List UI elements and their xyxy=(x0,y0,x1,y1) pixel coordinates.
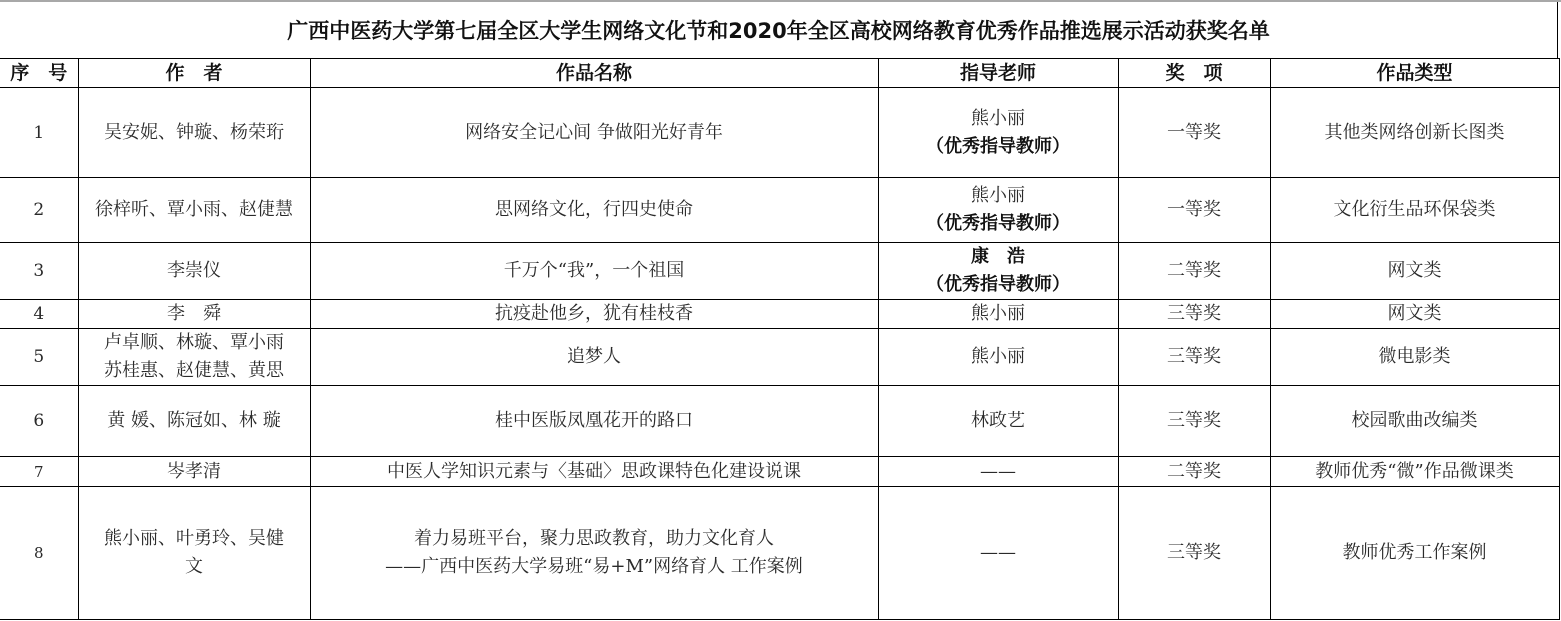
table-row: 7 岑孝清 中医人学知识元素与〈基础〉思政课特色化建设说课 —— 二等奖 教师优… xyxy=(0,457,1559,487)
document-title: 广西中医药大学第七届全区大学生网络文化节和2020年全区高校网络教育优秀作品推选… xyxy=(0,2,1558,58)
header-award: 奖 项 xyxy=(1118,59,1270,88)
row-work-type: 其他类网络创新长图类 xyxy=(1270,88,1559,178)
row-work-title: 抗疫赴他乡，犹有桂枝香 xyxy=(310,300,878,329)
row-award: 一等奖 xyxy=(1118,178,1270,243)
table-row: 3 李崇仪 千万个“我”，一个祖国 康 浩（优秀指导教师） 二等奖 网文类 xyxy=(0,243,1559,300)
row-work-type: 网文类 xyxy=(1270,243,1559,300)
row-award: 三等奖 xyxy=(1118,386,1270,457)
table-row: 6 黄 媛、陈冠如、林 璇 桂中医版凤凰花开的路口 林政艺 三等奖 校园歌曲改编… xyxy=(0,386,1559,457)
header-number: 序 号 xyxy=(0,59,78,88)
table-row: 8 熊小丽、叶勇玲、吴健文 着力易班平台，聚力思政教育，助力文化育人——广西中医… xyxy=(0,487,1559,620)
row-award: 三等奖 xyxy=(1118,329,1270,386)
row-award: 三等奖 xyxy=(1118,300,1270,329)
row-authors: 吴安妮、钟璇、杨荣珩 xyxy=(78,88,310,178)
row-authors: 李 舜 xyxy=(78,300,310,329)
row-advisor: 熊小丽（优秀指导教师） xyxy=(878,88,1118,178)
row-advisor: 熊小丽 xyxy=(878,329,1118,386)
row-authors: 李崇仪 xyxy=(78,243,310,300)
row-advisor: —— xyxy=(878,487,1118,620)
table-row: 5 卢卓顺、林璇、覃小雨苏桂惠、赵倢慧、黄思 追梦人 熊小丽 三等奖 微电影类 xyxy=(0,329,1559,386)
row-number: 8 xyxy=(0,487,78,620)
table-header-row: 序 号 作 者 作品名称 指导老师 奖 项 作品类型 xyxy=(0,59,1559,88)
row-work-title: 思网络文化，行四史使命 xyxy=(310,178,878,243)
table-row: 1 吴安妮、钟璇、杨荣珩 网络安全记心间 争做阳光好青年 熊小丽（优秀指导教师）… xyxy=(0,88,1559,178)
row-work-type: 文化衍生品环保袋类 xyxy=(1270,178,1559,243)
row-work-type: 教师优秀工作案例 xyxy=(1270,487,1559,620)
row-number: 1 xyxy=(0,88,78,178)
award-list-table: 序 号 作 者 作品名称 指导老师 奖 项 作品类型 1 吴安妮、钟璇、杨荣珩 … xyxy=(0,58,1560,620)
row-award: 三等奖 xyxy=(1118,487,1270,620)
advisor-honor-note: （优秀指导教师） xyxy=(879,210,1118,238)
row-work-type: 微电影类 xyxy=(1270,329,1559,386)
advisor-honor-note: （优秀指导教师） xyxy=(879,271,1118,299)
row-work-title: 中医人学知识元素与〈基础〉思政课特色化建设说课 xyxy=(310,457,878,487)
header-work-type: 作品类型 xyxy=(1270,59,1559,88)
row-advisor: —— xyxy=(878,457,1118,487)
row-authors: 徐梓听、覃小雨、赵倢慧 xyxy=(78,178,310,243)
row-award: 二等奖 xyxy=(1118,243,1270,300)
row-work-type: 网文类 xyxy=(1270,300,1559,329)
row-work-title: 着力易班平台，聚力思政教育，助力文化育人——广西中医药大学易班“易+M”网络育人… xyxy=(310,487,878,620)
row-number: 4 xyxy=(0,300,78,329)
row-number: 5 xyxy=(0,329,78,386)
row-work-title: 桂中医版凤凰花开的路口 xyxy=(310,386,878,457)
row-award: 一等奖 xyxy=(1118,88,1270,178)
row-work-type: 教师优秀“微”作品微课类 xyxy=(1270,457,1559,487)
row-authors: 岑孝清 xyxy=(78,457,310,487)
row-advisor: 熊小丽 xyxy=(878,300,1118,329)
row-advisor: 林政艺 xyxy=(878,386,1118,457)
row-authors: 熊小丽、叶勇玲、吴健文 xyxy=(78,487,310,620)
row-work-title: 千万个“我”，一个祖国 xyxy=(310,243,878,300)
row-authors: 黄 媛、陈冠如、林 璇 xyxy=(78,386,310,457)
advisor-honor-note: （优秀指导教师） xyxy=(879,133,1118,161)
header-authors: 作 者 xyxy=(78,59,310,88)
row-advisor: 熊小丽（优秀指导教师） xyxy=(878,178,1118,243)
row-work-title: 网络安全记心间 争做阳光好青年 xyxy=(310,88,878,178)
row-work-type: 校园歌曲改编类 xyxy=(1270,386,1559,457)
row-advisor: 康 浩（优秀指导教师） xyxy=(878,243,1118,300)
table-row: 2 徐梓听、覃小雨、赵倢慧 思网络文化，行四史使命 熊小丽（优秀指导教师） 一等… xyxy=(0,178,1559,243)
row-number: 3 xyxy=(0,243,78,300)
header-work-title: 作品名称 xyxy=(310,59,878,88)
table-row: 4 李 舜 抗疫赴他乡，犹有桂枝香 熊小丽 三等奖 网文类 xyxy=(0,300,1559,329)
row-work-title: 追梦人 xyxy=(310,329,878,386)
row-authors: 卢卓顺、林璇、覃小雨苏桂惠、赵倢慧、黄思 xyxy=(78,329,310,386)
row-award: 二等奖 xyxy=(1118,457,1270,487)
row-number: 6 xyxy=(0,386,78,457)
row-number: 7 xyxy=(0,457,78,487)
row-number: 2 xyxy=(0,178,78,243)
header-advisor: 指导老师 xyxy=(878,59,1118,88)
